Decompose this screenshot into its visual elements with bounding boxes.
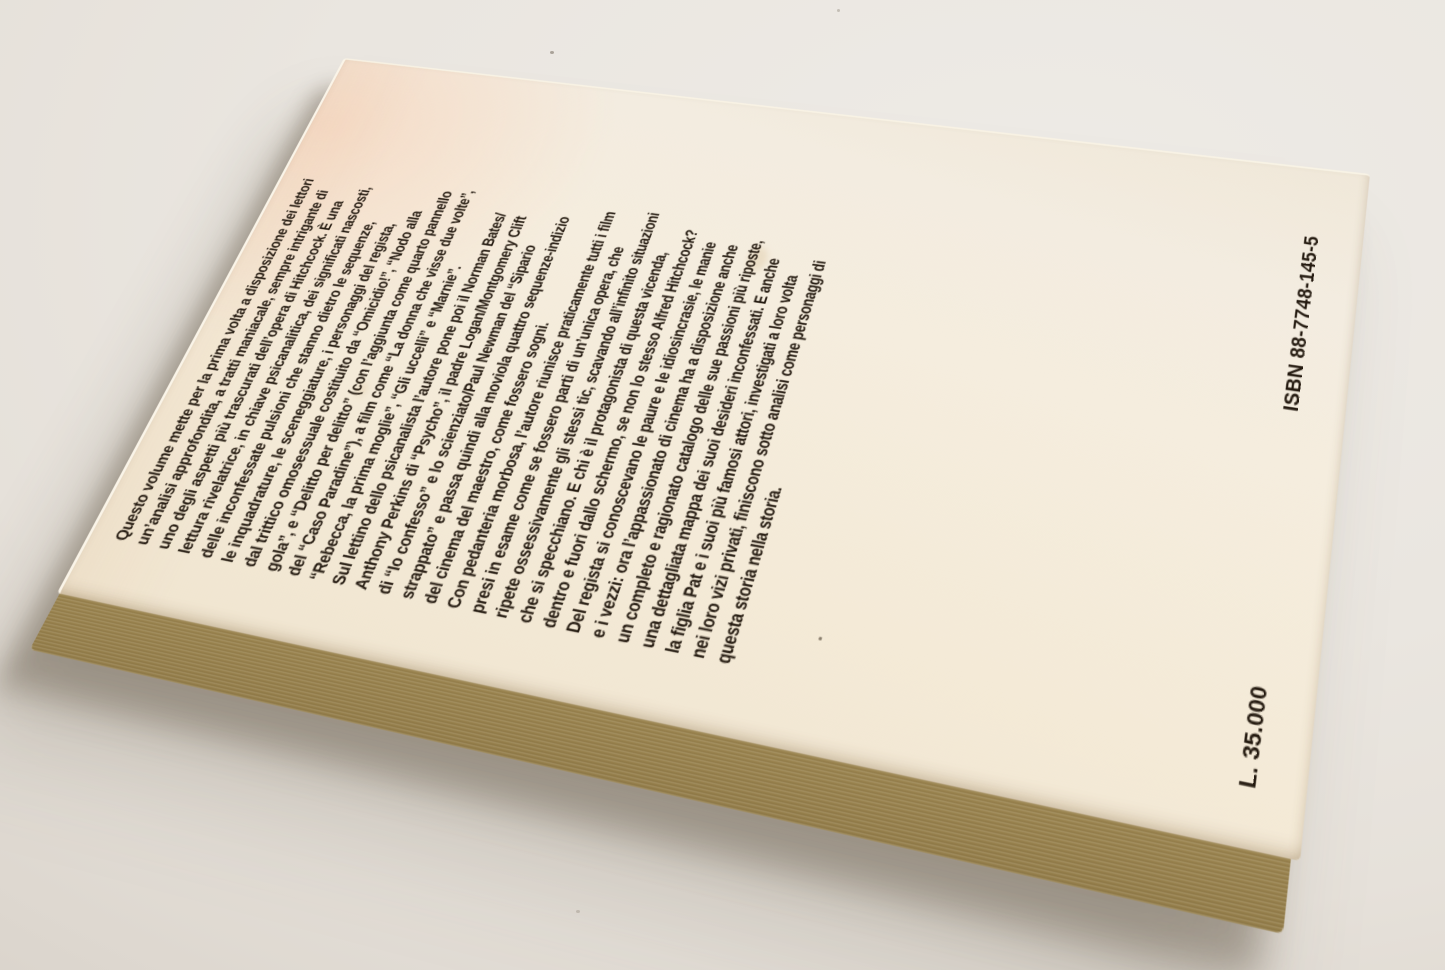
dust-speck [576,910,580,913]
price-label: L. 35.000 [1234,684,1274,791]
back-cover-text: Questo volume mette per la prima volta a… [109,71,893,666]
dust-speck [550,51,554,54]
ink-speck [818,637,822,641]
photo-background: Questo volume mette per la prima volta a… [0,0,1445,970]
isbn-label: ISBN 88-7748-145-5 [1280,235,1325,414]
book: Questo volume mette per la prima volta a… [57,58,1370,861]
dust-speck [837,9,840,12]
